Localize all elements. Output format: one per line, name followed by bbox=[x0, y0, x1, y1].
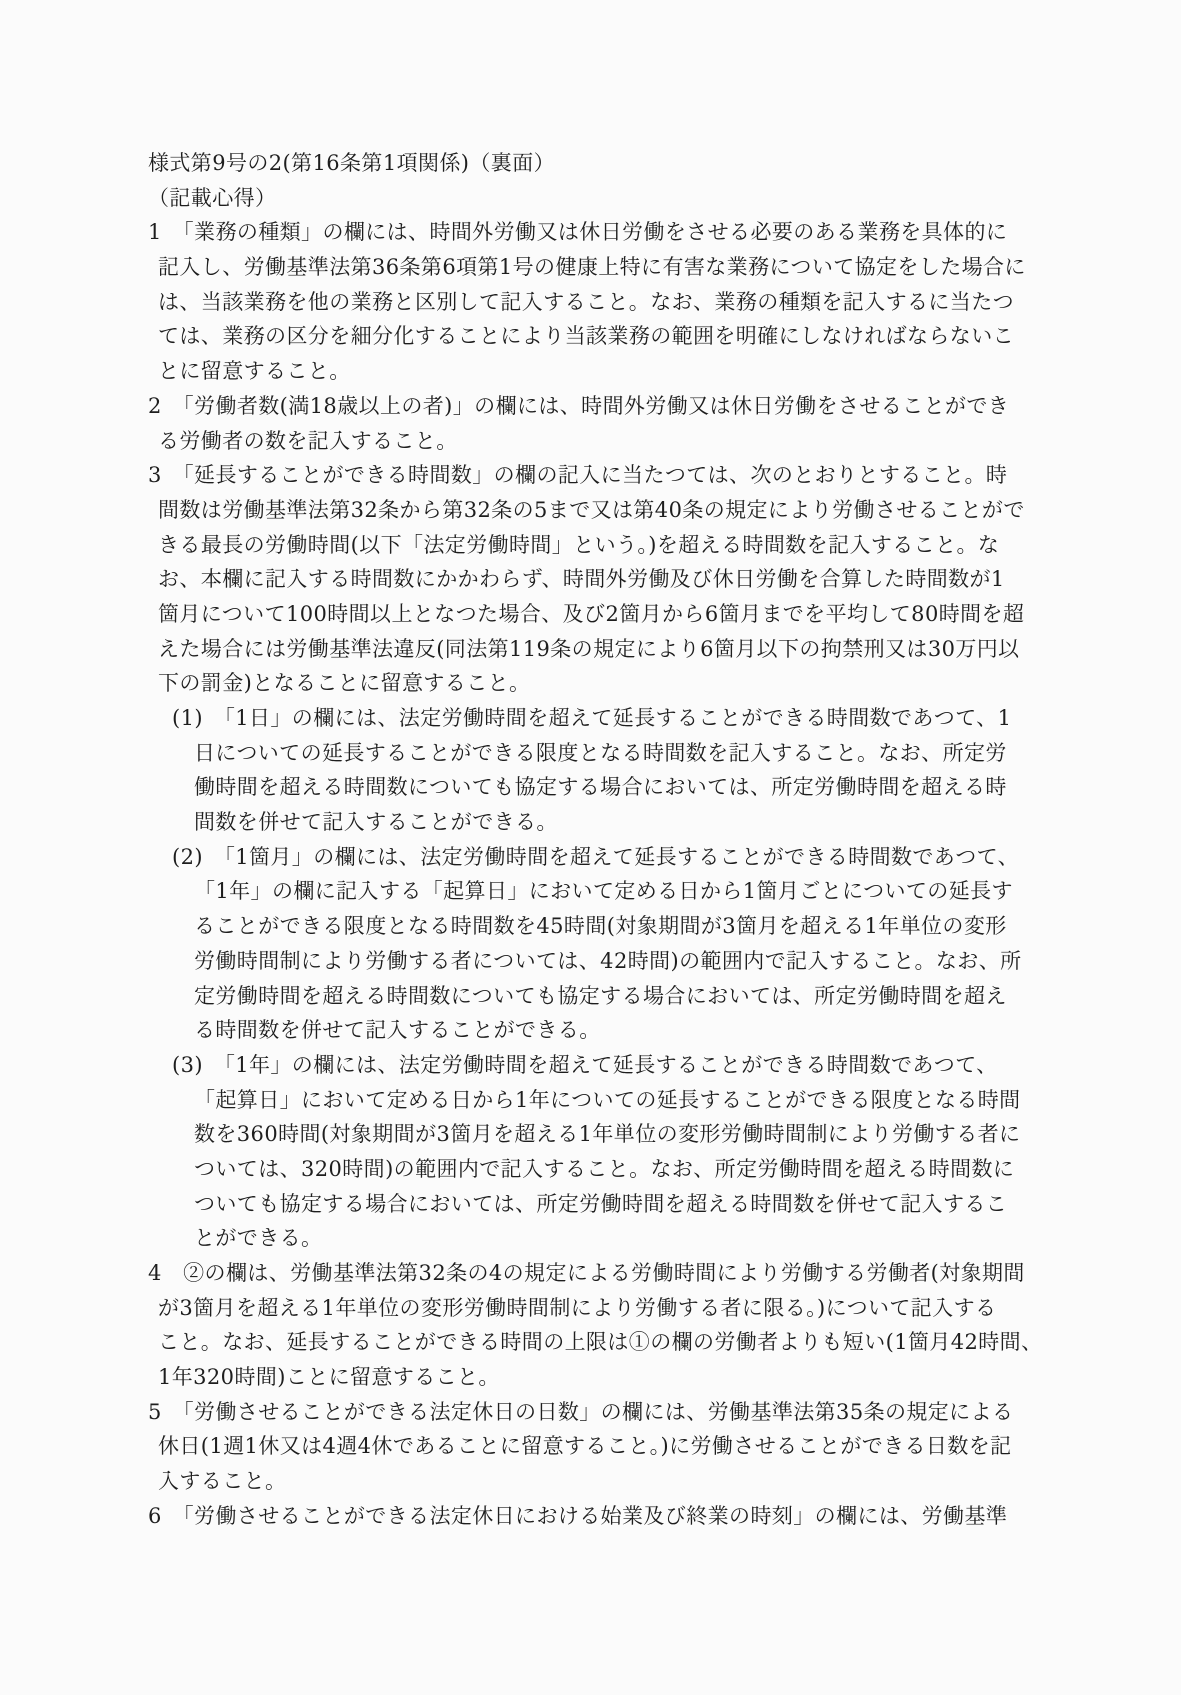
text-line: ることができる限度となる時間数を45時間(対象期間が3箇月を超える1年単位の変形 bbox=[148, 909, 1101, 944]
instruction-lines: 1 「業務の種類」の欄には、時間外労働又は休日労働をさせる必要のある業務を具体的… bbox=[148, 215, 1101, 1533]
text-line: (3) 「1年」の欄には、法定労働時間を超えて延長することができる時間数であつて… bbox=[148, 1048, 1101, 1083]
text-line: 数を360時間(対象期間が3箇月を超える1年単位の変形労働時間制により労働する者… bbox=[148, 1117, 1101, 1152]
text-line: は、当該業務を他の業務と区別して記入すること。なお、業務の種類を記入するに当たつ bbox=[148, 285, 1101, 320]
text-line: こと。なお、延長することができる時間の上限は①の欄の労働者よりも短い(1箇月42… bbox=[148, 1325, 1101, 1360]
text-line: 6 「労働させることができる法定休日における始業及び終業の時刻」の欄には、労働基… bbox=[148, 1499, 1101, 1534]
text-line: 入すること。 bbox=[148, 1464, 1101, 1499]
text-line: 「1年」の欄に記入する「起算日」において定める日から1箇月ごとについての延長す bbox=[148, 874, 1101, 909]
text-line: 3 「延長することができる時間数」の欄の記入に当たつては、次のとおりとすること。… bbox=[148, 458, 1101, 493]
text-line: ては、業務の区分を細分化することにより当該業務の範囲を明確にしなければならないこ bbox=[148, 319, 1101, 354]
text-line: 1年320時間)ことに留意すること。 bbox=[148, 1360, 1101, 1395]
text-line: 5 「労働させることができる法定休日の日数」の欄には、労働基準法第35条の規定に… bbox=[148, 1395, 1101, 1430]
text-line: 記入し、労働基準法第36条第6項第1号の健康上特に有害な業務について協定をした場… bbox=[148, 250, 1101, 285]
section-title: （記載心得） bbox=[148, 181, 1101, 216]
text-line: 「起算日」において定める日から1年についての延長することができる限度となる時間 bbox=[148, 1083, 1101, 1118]
text-line: とに留意すること。 bbox=[148, 354, 1101, 389]
text-line: 労働時間制により労働する者については、42時間)の範囲内で記入すること。なお、所 bbox=[148, 944, 1101, 979]
text-line: る時間数を併せて記入することができる。 bbox=[148, 1013, 1101, 1048]
text-line: とができる。 bbox=[148, 1221, 1101, 1256]
text-line: きる最長の労働時間(以下「法定労働時間」という。)を超える時間数を記入すること。… bbox=[148, 528, 1101, 563]
text-line: 休日(1週1休又は4週4休であることに留意すること。)に労働させることができる日… bbox=[148, 1429, 1101, 1464]
text-line: ついては、320時間)の範囲内で記入すること。なお、所定労働時間を超える時間数に bbox=[148, 1152, 1101, 1187]
text-line: お、本欄に記入する時間数にかかわらず、時間外労働及び休日労働を合算した時間数が1 bbox=[148, 562, 1101, 597]
text-line: 下の罰金)となることに留意すること。 bbox=[148, 666, 1101, 701]
document-page: 様式第9号の2(第16条第1項関係)（裏面） （記載心得） 1 「業務の種類」の… bbox=[0, 0, 1181, 1695]
text-line: 2 「労働者数(満18歳以上の者)」の欄には、時間外労働又は休日労働をさせること… bbox=[148, 389, 1101, 424]
text-line: 日についての延長することができる限度となる時間数を記入すること。なお、所定労 bbox=[148, 736, 1101, 771]
text-line: 働時間を超える時間数についても協定する場合においては、所定労働時間を超える時 bbox=[148, 770, 1101, 805]
form-title: 様式第9号の2(第16条第1項関係)（裏面） bbox=[148, 146, 1101, 181]
text-line: る労働者の数を記入すること。 bbox=[148, 424, 1101, 459]
text-line: 間数を併せて記入することができる。 bbox=[148, 805, 1101, 840]
text-line: ついても協定する場合においては、所定労働時間を超える時間数を併せて記入するこ bbox=[148, 1187, 1101, 1222]
text-line: (1) 「1日」の欄には、法定労働時間を超えて延長することができる時間数であつて… bbox=[148, 701, 1101, 736]
text-line: 箇月について100時間以上となつた場合、及び2箇月から6箇月までを平均して80時… bbox=[148, 597, 1101, 632]
text-line: えた場合には労働基準法違反(同法第119条の規定により6箇月以下の拘禁刑又は30… bbox=[148, 632, 1101, 667]
text-line: 4 ②の欄は、労働基準法第32条の4の規定による労働時間により労働する労働者(対… bbox=[148, 1256, 1101, 1291]
text-line: 定労働時間を超える時間数についても協定する場合においては、所定労働時間を超え bbox=[148, 979, 1101, 1014]
text-line: 1 「業務の種類」の欄には、時間外労働又は休日労働をさせる必要のある業務を具体的… bbox=[148, 215, 1101, 250]
text-line: 間数は労働基準法第32条から第32条の5まで又は第40条の規定により労働させるこ… bbox=[148, 493, 1101, 528]
text-line: が3箇月を超える1年単位の変形労働時間制により労働する者に限る。)について記入す… bbox=[148, 1291, 1101, 1326]
text-line: (2) 「1箇月」の欄には、法定労働時間を超えて延長することができる時間数であつ… bbox=[148, 840, 1101, 875]
